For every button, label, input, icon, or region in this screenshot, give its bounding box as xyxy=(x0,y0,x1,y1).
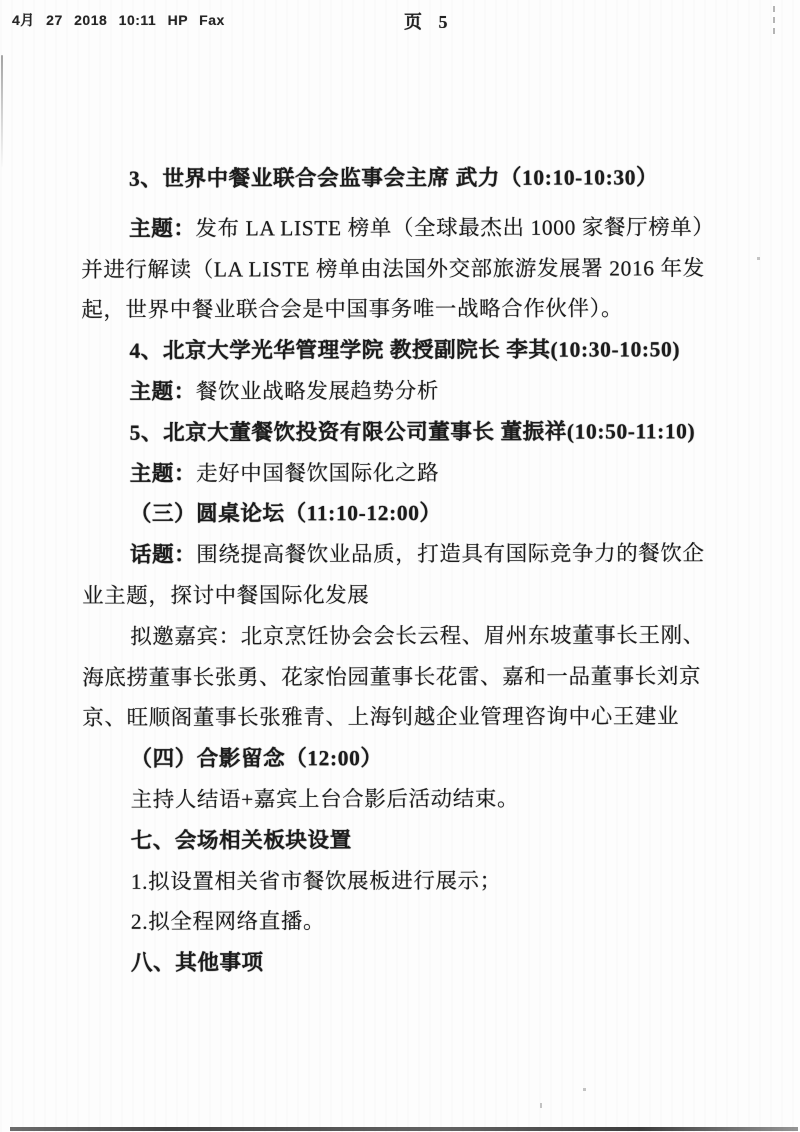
line-text: 八、其他事项 xyxy=(131,951,264,975)
document-line: 话题：围绕提高餐饮业品质，打造具有国际竞争力的餐饮企 xyxy=(82,533,742,576)
fax-page: 4月 27 2018 10:11 HP Fax 页 5 3、世界中餐业联合会监事… xyxy=(0,0,800,1132)
document-line: 3、世界中餐业联合会监事会主席 武力（10:10-10:30） xyxy=(81,157,741,200)
line-text: 走好中国餐饮国际化之路 xyxy=(196,461,439,486)
line-text: 发布 LA LISTE 榜单（全球最杰出 1000 家餐厅榜单） xyxy=(195,215,714,240)
scan-edge-artifact-left xyxy=(1,55,3,167)
line-text: 海底捞董事长张勇、花家怡园董事长花雷、嘉和一品董事长刘京 xyxy=(82,664,701,690)
line-text: 2.拟全程网络直播。 xyxy=(131,910,325,935)
document-line: 主题：走好中国餐饮国际化之路 xyxy=(82,452,742,495)
document-line: 5、北京大董餐饮投资有限公司董事长 董振祥(10:50-11:10) xyxy=(82,411,742,454)
scan-speck-artifact xyxy=(583,1088,586,1091)
line-text: 围绕提高餐饮业品质，打造具有国际竞争力的餐饮企 xyxy=(196,541,704,566)
scan-speck-artifact xyxy=(540,1103,542,1108)
line-text: 1.拟设置相关省市餐饮展板进行展示； xyxy=(131,868,502,893)
line-text: 4、北京大学光华管理学院 教授副院长 李其(10:30-10:50) xyxy=(129,337,680,362)
document-line: 主题：发布 LA LISTE 榜单（全球最杰出 1000 家餐厅榜单） xyxy=(81,207,741,250)
document-line: 主持人结语+嘉宾上台合影后活动结束。 xyxy=(83,778,743,821)
page-number-label: 页 5 xyxy=(404,8,454,34)
document-line: （三）圆桌论坛（11:10-12:00） xyxy=(82,493,742,536)
scan-speck-artifact xyxy=(757,257,760,260)
scan-bottom-edge-line xyxy=(10,1127,798,1131)
line-label: 主题： xyxy=(129,380,195,404)
document-body: 3、世界中餐业联合会监事会主席 武力（10:10-10:30）主题：发布 LA … xyxy=(81,157,743,984)
document-line: 并进行解读（LA LISTE 榜单由法国外交部旅游发展署 2016 年发 xyxy=(81,248,741,291)
fax-header-info: 4月 27 2018 10:11 HP Fax xyxy=(12,10,225,30)
line-text: （三）圆桌论坛（11:10-12:00） xyxy=(130,501,442,526)
document-line: 起，世界中餐业联合会是中国事务唯一战略合作伙伴）。 xyxy=(81,289,741,332)
document-line: 4、北京大学光华管理学院 教授副院长 李其(10:30-10:50) xyxy=(81,329,741,372)
document-line: 七、会场相关板块设置 xyxy=(83,819,743,862)
line-text: 起，世界中餐业联合会是中国事务唯一战略合作伙伴）。 xyxy=(81,297,623,322)
line-text: 七、会场相关板块设置 xyxy=(131,828,352,853)
line-label: 主题： xyxy=(130,461,196,485)
document-line: 2.拟全程网络直播。 xyxy=(83,900,743,943)
document-line: 拟邀嘉宾：北京烹饪协会会长云程、眉州东坡董事长王刚、 xyxy=(82,615,742,658)
line-text: 3、世界中餐业联合会监事会主席 武力（10:10-10:30） xyxy=(129,165,658,190)
document-line: 主题：餐饮业战略发展趋势分析 xyxy=(81,370,741,413)
line-text: 业主题，探讨中餐国际化发展 xyxy=(82,583,369,608)
line-label: 话题： xyxy=(130,543,196,567)
document-line: 海底捞董事长张勇、花家怡园董事长花雷、嘉和一品董事长刘京 xyxy=(82,656,742,699)
line-text: （四）合影留念（12:00） xyxy=(130,746,382,771)
document-line: 八、其他事项 xyxy=(83,941,743,984)
document-line: 1.拟设置相关省市餐饮展板进行展示； xyxy=(83,860,743,903)
document-line: （四）合影留念（12:00） xyxy=(82,737,742,780)
line-label: 主题： xyxy=(129,216,195,240)
line-text: 京、旺顺阁董事长张雅青、上海钊越企业管理咨询中心王建业 xyxy=(82,705,679,731)
line-text: 并进行解读（LA LISTE 榜单由法国外交部旅游发展署 2016 年发 xyxy=(81,256,705,282)
document-line: 业主题，探讨中餐国际化发展 xyxy=(82,574,742,617)
line-text: 5、北京大董餐饮投资有限公司董事长 董振祥(10:50-11:10) xyxy=(130,419,696,444)
scan-corner-dash-artifact xyxy=(773,6,775,34)
line-text: 拟邀嘉宾：北京烹饪协会会长云程、眉州东坡董事长王刚、 xyxy=(130,623,705,649)
line-text: 餐饮业战略发展趋势分析 xyxy=(196,379,439,404)
document-line: 京、旺顺阁董事长张雅青、上海钊越企业管理咨询中心王建业 xyxy=(82,696,742,739)
line-text: 主持人结语+嘉宾上台合影后活动结束。 xyxy=(131,787,519,812)
